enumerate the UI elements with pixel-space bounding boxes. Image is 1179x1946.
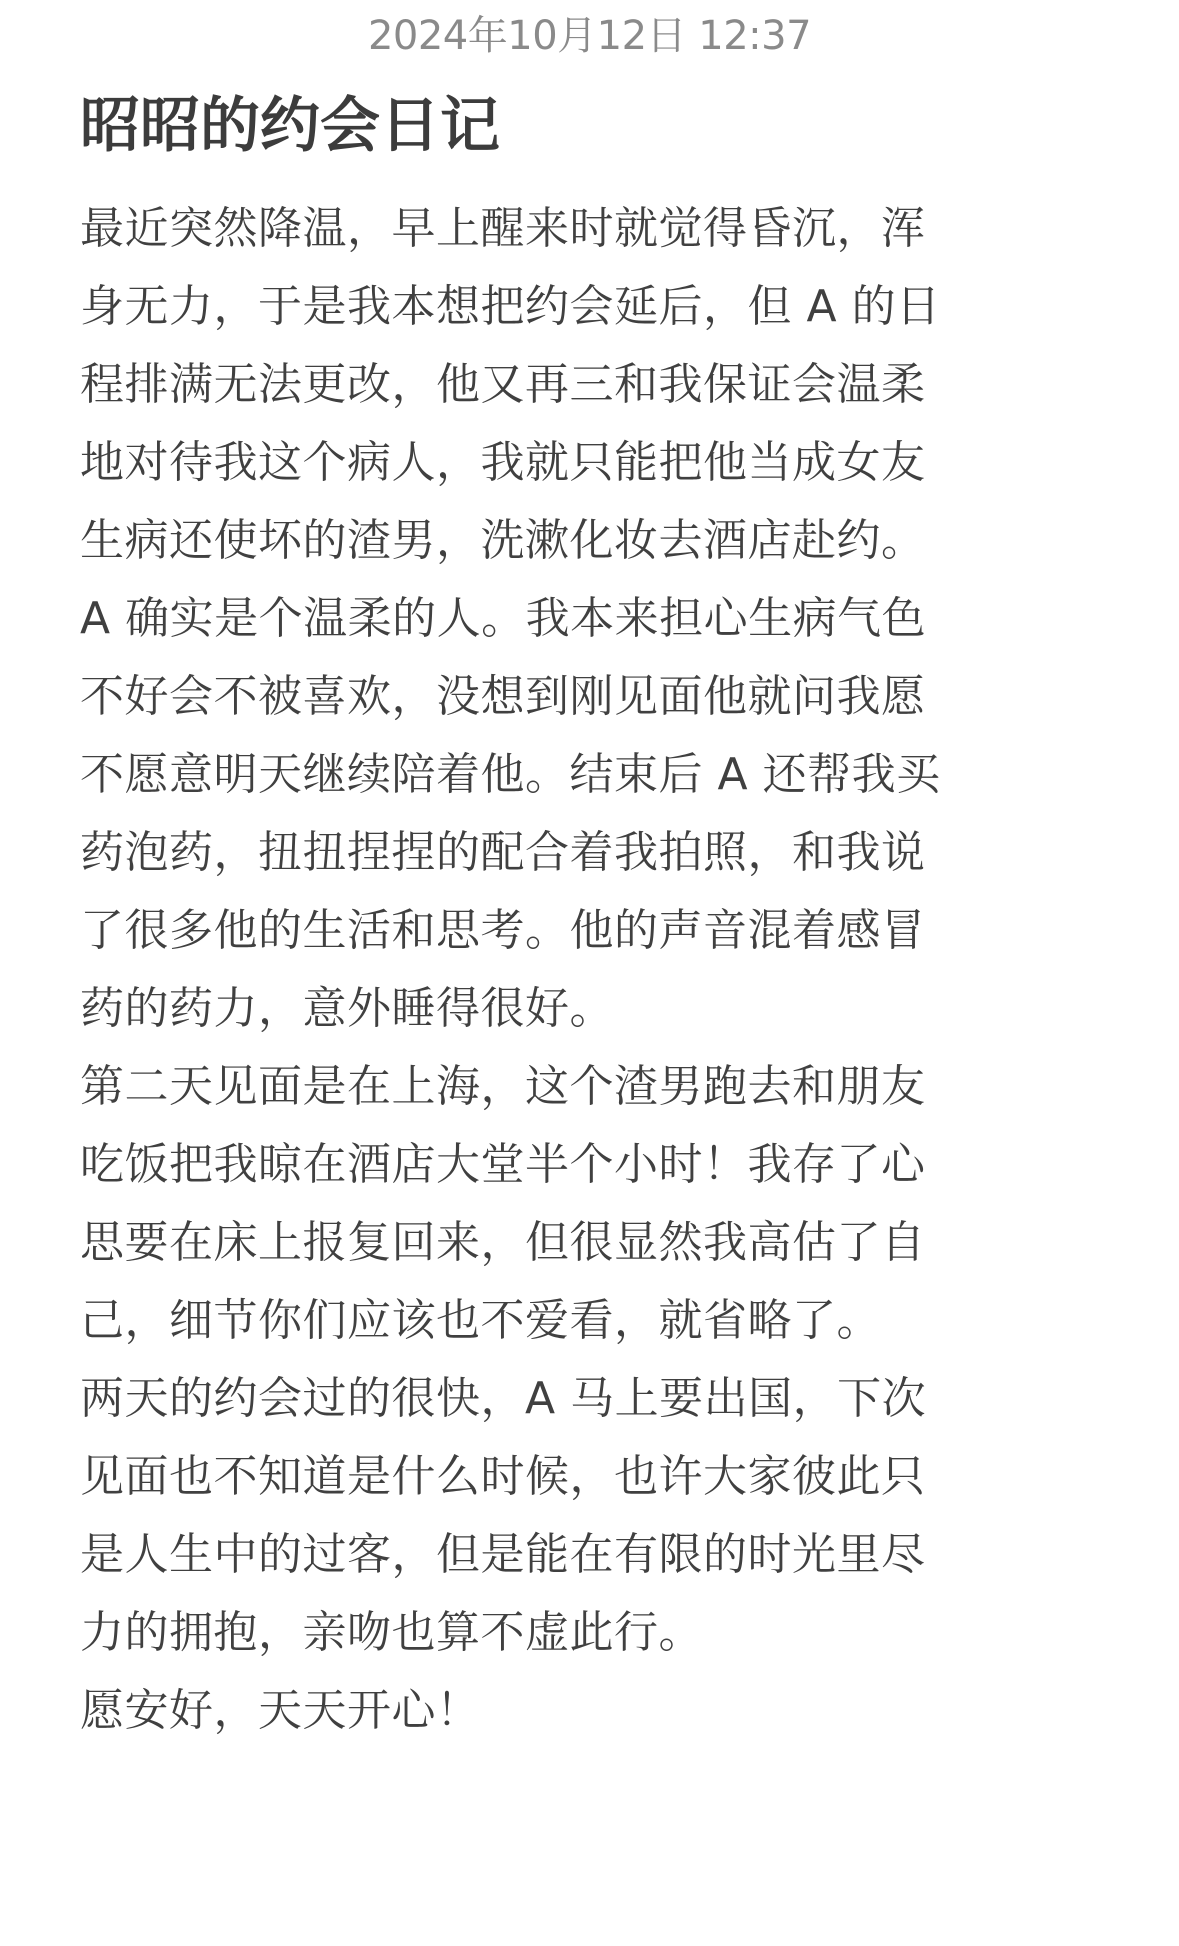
paragraph-4: 两天的约会过的很快，A 马上要出国，下次 见面也不知道是什么时候，也许大家彼此只… <box>80 1360 1080 1672</box>
paragraph-2: A 确实是个温柔的人。我本来担心生病气色 不好会不被喜欢，没想到刚见面他就问我愿… <box>80 580 1080 1048</box>
text-line: 见面也不知道是什么时候，也许大家彼此只 <box>80 1438 1080 1516</box>
text-line: 药泡药，扭扭捏捏的配合着我拍照，和我说 <box>80 814 1080 892</box>
text-line: 最近突然降温，早上醒来时就觉得昏沉，浑 <box>80 190 1080 268</box>
text-line: 身无力，于是我本想把约会延后，但 A 的日 <box>80 268 1080 346</box>
text-line: 第二天见面是在上海，这个渣男跑去和朋友 <box>80 1048 1080 1126</box>
note-body[interactable]: 最近突然降温，早上醒来时就觉得昏沉，浑 身无力，于是我本想把约会延后，但 A 的… <box>80 190 1080 1750</box>
paragraph-3: 第二天见面是在上海，这个渣男跑去和朋友 吃饭把我晾在酒店大堂半个小时！我存了心 … <box>80 1048 1080 1360</box>
text-line: 生病还使坏的渣男，洗漱化妆去酒店赴约。 <box>80 502 1080 580</box>
text-line: 力的拥抱，亲吻也算不虚此行。 <box>80 1594 1080 1672</box>
text-line: 愿安好，天天开心！ <box>80 1672 1080 1750</box>
text-line: 不愿意明天继续陪着他。结束后 A 还帮我买 <box>80 736 1080 814</box>
text-line: 程排满无法更改，他又再三和我保证会温柔 <box>80 346 1080 424</box>
text-line: 是人生中的过客，但是能在有限的时光里尽 <box>80 1516 1080 1594</box>
text-line: 药的药力，意外睡得很好。 <box>80 970 1080 1048</box>
text-line: 思要在床上报复回来，但很显然我高估了自 <box>80 1204 1080 1282</box>
text-line: 地对待我这个病人，我就只能把他当成女友 <box>80 424 1080 502</box>
text-line: 吃饭把我晾在酒店大堂半个小时！我存了心 <box>80 1126 1080 1204</box>
paragraph-1: 最近突然降温，早上醒来时就觉得昏沉，浑 身无力，于是我本想把约会延后，但 A 的… <box>80 190 1080 580</box>
note-title: 昭昭的约会日记 <box>80 88 500 164</box>
text-line: 了很多他的生活和思考。他的声音混着感冒 <box>80 892 1080 970</box>
note-timestamp: 2024年10月12日 12:37 <box>0 10 1179 62</box>
text-line: 己，细节你们应该也不爱看，就省略了。 <box>80 1282 1080 1360</box>
paragraph-5: 愿安好，天天开心！ <box>80 1672 1080 1750</box>
text-line: 不好会不被喜欢，没想到刚见面他就问我愿 <box>80 658 1080 736</box>
text-line: A 确实是个温柔的人。我本来担心生病气色 <box>80 580 1080 658</box>
text-line: 两天的约会过的很快，A 马上要出国，下次 <box>80 1360 1080 1438</box>
